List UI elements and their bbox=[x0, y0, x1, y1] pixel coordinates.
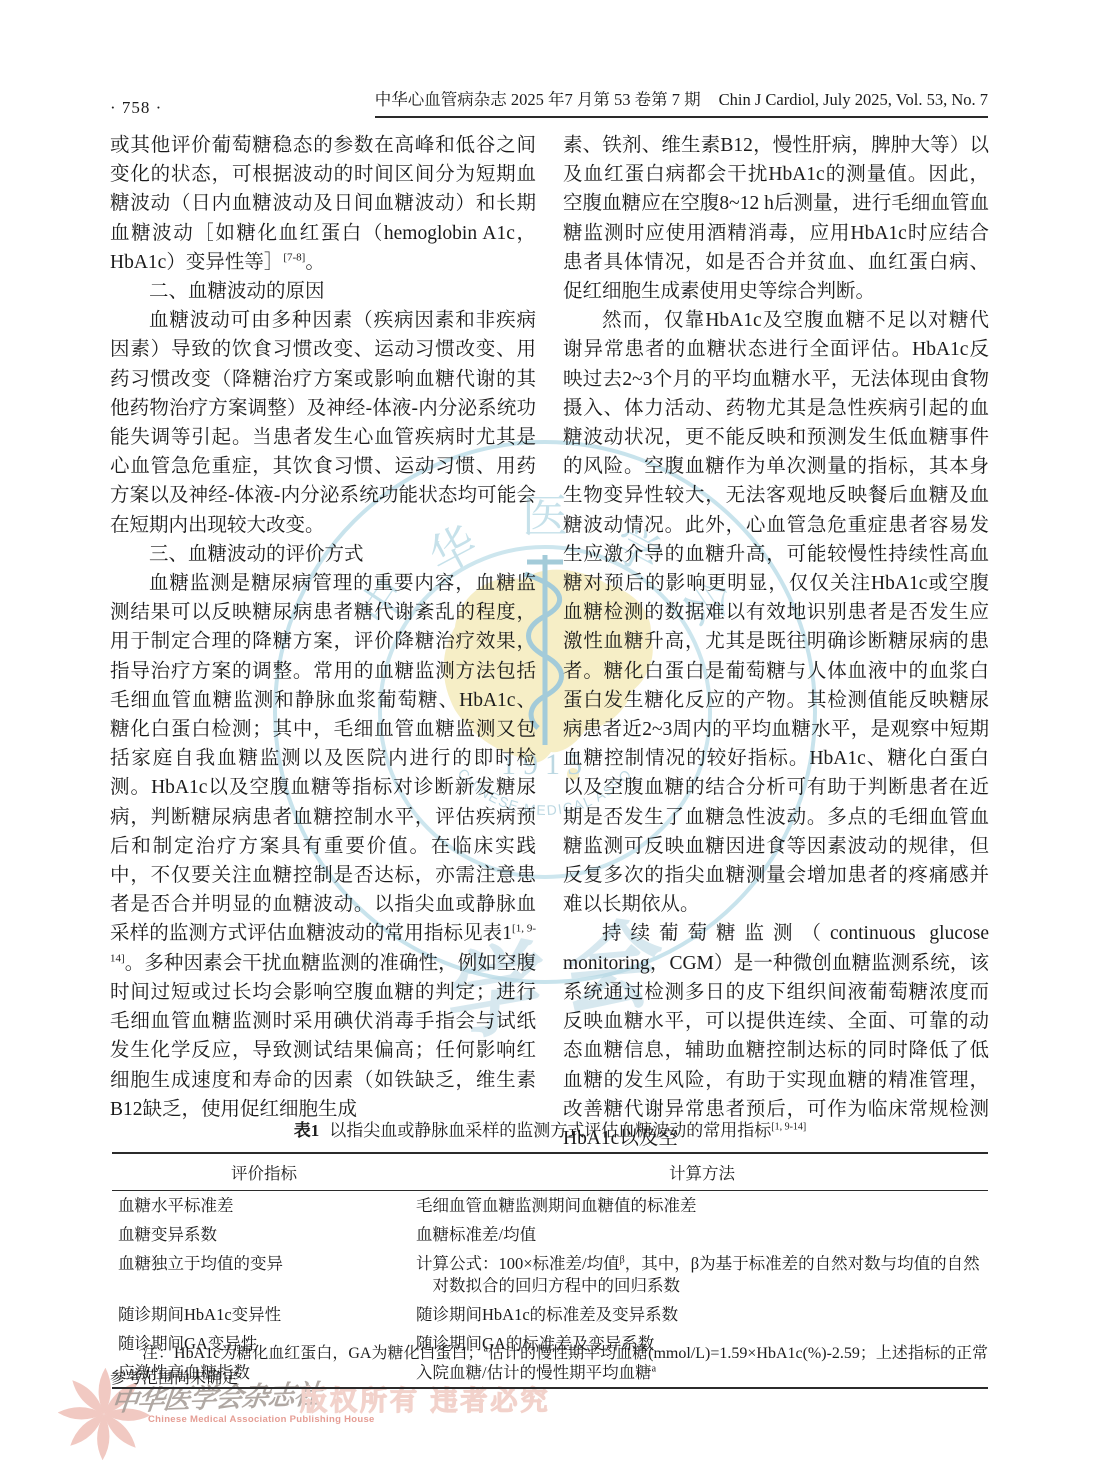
table-title: 表1以指尖血或静脉血采样的监测方式评估血糖波动的常用指标[1, 9-14] bbox=[112, 1116, 988, 1141]
journal-page: 中 华 医 学 会 1915 CHINESE MEDICAL ASSOCIATI… bbox=[0, 0, 1100, 1482]
text-run: 血糖监测是糖尿病管理的重要内容，血糖监测结果可以反映糖尿病患者糖代谢紊乱的程度，… bbox=[110, 573, 536, 944]
right-column: 素、铁剂、维生素B12，慢性肝病，脾肿大等）以及血红蛋白病都会干扰HbA1c的测… bbox=[563, 131, 989, 1153]
table-title-text: 以指尖血或静脉血采样的监测方式评估血糖波动的常用指标 bbox=[329, 1121, 771, 1140]
reference-superscript: [7-8] bbox=[283, 251, 305, 263]
indicator-cell: 血糖独立于均值的变异 bbox=[112, 1249, 416, 1300]
left-column: 或其他评价葡萄糖稳态的参数在高峰和低谷之间变化的状态，可根据波动的时间区间分为短… bbox=[110, 131, 536, 1153]
column-header-method: 计算方法 bbox=[416, 1153, 988, 1191]
method-cell: 血糖标准差/均值 bbox=[416, 1220, 988, 1249]
paragraph: 素、铁剂、维生素B12，慢性肝病，脾肿大等）以及血红蛋白病都会干扰HbA1c的测… bbox=[563, 131, 989, 306]
table-header-row: 评价指标 计算方法 bbox=[112, 1153, 988, 1191]
paragraph: 血糖波动可由多种因素（疾病因素和非疾病因素）导致的饮食习惯改变、运动习惯改变、用… bbox=[110, 306, 536, 540]
section-heading: 二、血糖波动的原因 bbox=[110, 277, 536, 306]
indicator-cell: 血糖水平标准差 bbox=[112, 1191, 416, 1221]
column-header-indicator: 评价指标 bbox=[112, 1153, 416, 1191]
section-heading: 三、血糖波动的评价方式 bbox=[110, 540, 536, 569]
text-run: 注：HbA1c为糖化血红蛋白，GA为糖化白蛋白； bbox=[142, 1345, 484, 1362]
text-run: 毛细血管血糖监测期间血糖值的标准差 bbox=[416, 1196, 697, 1215]
journal-title-cn: 中华心血管病杂志 2025 年7 月第 53 卷第 7 期 bbox=[375, 90, 701, 109]
table-row: 血糖变异系数血糖标准差/均值 bbox=[112, 1220, 988, 1249]
text-run: 三、血糖波动的评价方式 bbox=[149, 544, 364, 565]
table-label: 表1 bbox=[294, 1121, 320, 1140]
text-run: 血糖标准差/均值 bbox=[416, 1225, 536, 1244]
table-row: 随诊期间HbA1c变异性随诊期间HbA1c的标准差及变异系数 bbox=[112, 1300, 988, 1329]
table-title-reference: [1, 9-14] bbox=[771, 1121, 806, 1132]
article-body: 或其他评价葡萄糖稳态的参数在高峰和低谷之间变化的状态，可根据波动的时间区间分为短… bbox=[110, 131, 989, 1153]
text-run: 素、铁剂、维生素B12，慢性肝病，脾肿大等）以及血红蛋白病都会干扰HbA1c的测… bbox=[563, 135, 989, 302]
indicator-cell: 随诊期间HbA1c变异性 bbox=[112, 1300, 416, 1329]
method-cell: 随诊期间HbA1c的标准差及变异系数 bbox=[416, 1300, 988, 1329]
page-number: · 758 · bbox=[110, 98, 162, 118]
text-run: 随诊期间HbA1c的标准差及变异系数 bbox=[416, 1305, 678, 1324]
page-header: · 758 · 中华心血管病杂志 2025 年7 月第 53 卷第 7 期Chi… bbox=[110, 86, 988, 118]
text-run: 然而，仅靠HbA1c及空腹血糖不足以对糖代谢异常患者的血糖状态进行全面评估。Hb… bbox=[563, 310, 989, 915]
indicator-cell: 血糖变异系数 bbox=[112, 1220, 416, 1249]
text-run: 二、血糖波动的原因 bbox=[149, 281, 325, 302]
text-run: 。多种因素会干扰血糖监测的准确性，例如空腹时间过短或过长均会影响空腹血糖的判定；… bbox=[110, 953, 536, 1120]
table-row: 血糖水平标准差毛细血管血糖监测期间血糖值的标准差 bbox=[112, 1191, 988, 1221]
method-cell: 计算公式：100×标准差/均值β，其中，β为基于标准差的自然对数与均值的自然对数… bbox=[416, 1249, 988, 1300]
table-footnote: 注：HbA1c为糖化血红蛋白，GA为糖化白蛋白；a估计的慢性期平均血糖(mmol… bbox=[110, 1341, 988, 1391]
paragraph: 血糖监测是糖尿病管理的重要内容，血糖监测结果可以反映糖尿病患者糖代谢紊乱的程度，… bbox=[110, 569, 536, 1124]
table-row: 血糖独立于均值的变异计算公式：100×标准差/均值β，其中，β为基于标准差的自然… bbox=[112, 1249, 988, 1300]
text-run: 。 bbox=[305, 252, 325, 273]
journal-header: 中华心血管病杂志 2025 年7 月第 53 卷第 7 期Chin J Card… bbox=[375, 86, 988, 118]
method-cell: 毛细血管血糖监测期间血糖值的标准差 bbox=[416, 1191, 988, 1221]
paragraph: 然而，仅靠HbA1c及空腹血糖不足以对糖代谢异常患者的血糖状态进行全面评估。Hb… bbox=[563, 306, 989, 919]
text-run: 血糖波动可由多种因素（疾病因素和非疾病因素）导致的饮食习惯改变、运动习惯改变、用… bbox=[110, 310, 536, 535]
paragraph: 或其他评价葡萄糖稳态的参数在高峰和低谷之间变化的状态，可根据波动的时间区间分为短… bbox=[110, 131, 536, 277]
text-run: 计算公式：100×标准差/均值 bbox=[416, 1254, 620, 1273]
journal-title-en: Chin J Cardiol, July 2025, Vol. 53, No. … bbox=[719, 90, 988, 109]
